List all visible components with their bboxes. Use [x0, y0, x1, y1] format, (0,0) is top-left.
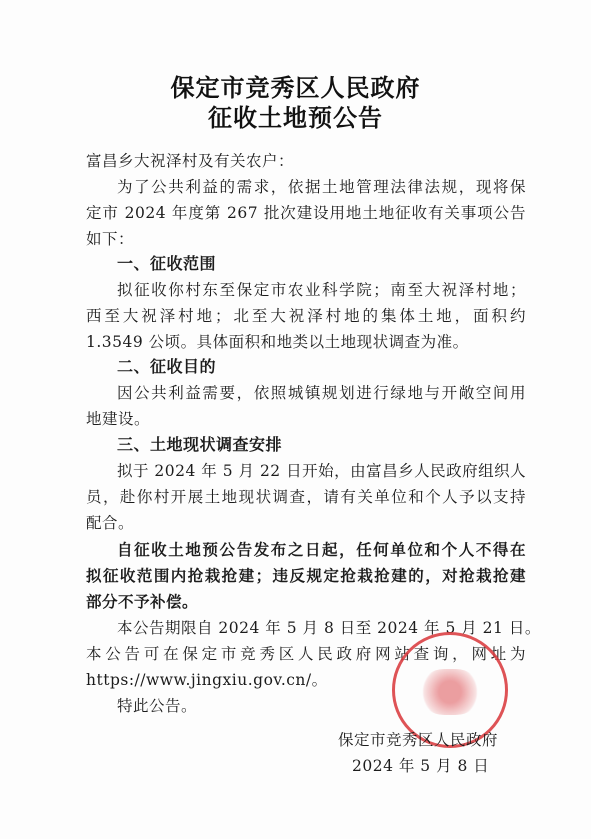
signature-date: 2024 年 5 月 8 日: [352, 754, 489, 776]
warning-line: 拟征收范围内抢栽抢建；违反规定抢栽抢建的，对抢栽抢建: [86, 566, 526, 586]
warning-line: 部分不予补偿。: [86, 592, 526, 612]
section-line: 拟征收你村东至保定市农业科学院；南至大祝泽村地；: [86, 280, 526, 300]
section-line: 配合。: [86, 513, 526, 533]
intro-line: 如下：: [86, 229, 526, 249]
warning-line: 自征收土地预公告发布之日起，任何单位和个人不得在: [86, 540, 526, 560]
section-line: 员，赴你村开展土地现状调查，请有关单位和个人予以支持: [86, 487, 526, 507]
section-heading-scope: 一、征收范围: [86, 254, 526, 274]
document-title-line2: 征收土地预公告: [0, 98, 591, 133]
intro-line: 为了公共利益的需求，依据土地管理法律法规，现将保: [86, 177, 526, 197]
section-line: 1.3549 公顷。具体面积和地类以土地现状调查为准。: [86, 332, 526, 352]
signature-org: 保定市竞秀区人民政府: [338, 728, 498, 750]
national-emblem-icon: [421, 669, 479, 715]
intro-line: 定市 2024 年度第 267 批次建设用地土地征收有关事项公告: [86, 203, 526, 223]
section-line: 西至大祝泽村地；北至大祝泽村地的集体土地，面积约: [86, 306, 526, 326]
salutation: 富昌乡大祝泽村及有关农户：: [86, 151, 526, 171]
section-heading-survey: 三、土地现状调查安排: [86, 435, 526, 455]
section-line: 拟于 2024 年 5 月 22 日开始，由富昌乡人民政府组织人: [86, 461, 526, 481]
section-heading-purpose: 二、征收目的: [86, 357, 526, 377]
section-line: 地建设。: [86, 409, 526, 429]
section-line: 因公共利益需要，依照城镇规划进行绿地与开敞空间用: [86, 383, 526, 403]
